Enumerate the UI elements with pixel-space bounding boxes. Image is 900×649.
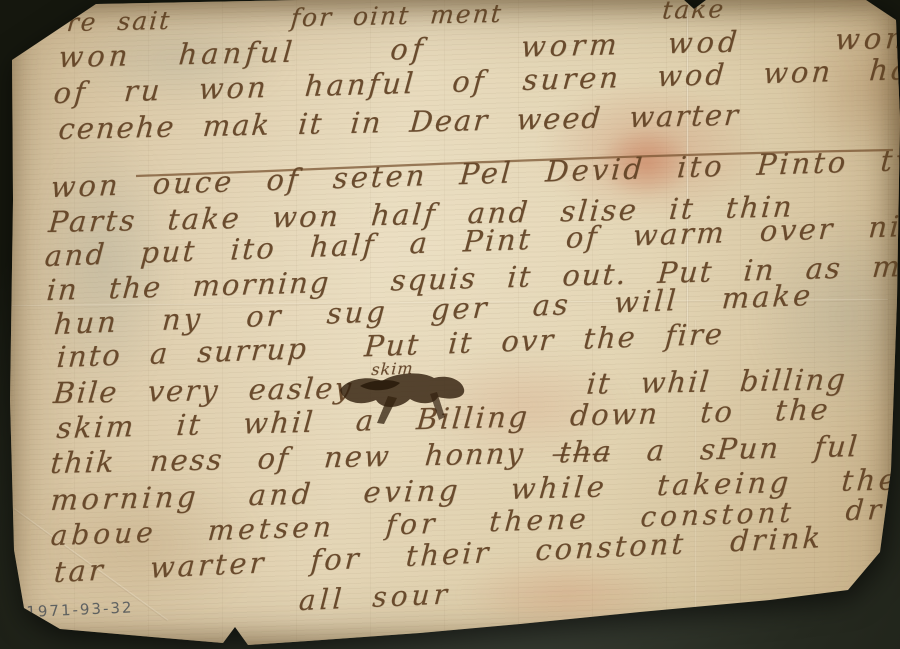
accession-number: 1971-93-32 <box>26 598 134 621</box>
paper-wrapper: re sait for oint ment take won hanful of… <box>0 0 900 649</box>
manuscript-line: all sour <box>298 577 452 617</box>
photo-backdrop: re sait for oint ment take won hanful of… <box>0 0 900 649</box>
manuscript-paper: re sait for oint ment take won hanful of… <box>0 0 900 649</box>
